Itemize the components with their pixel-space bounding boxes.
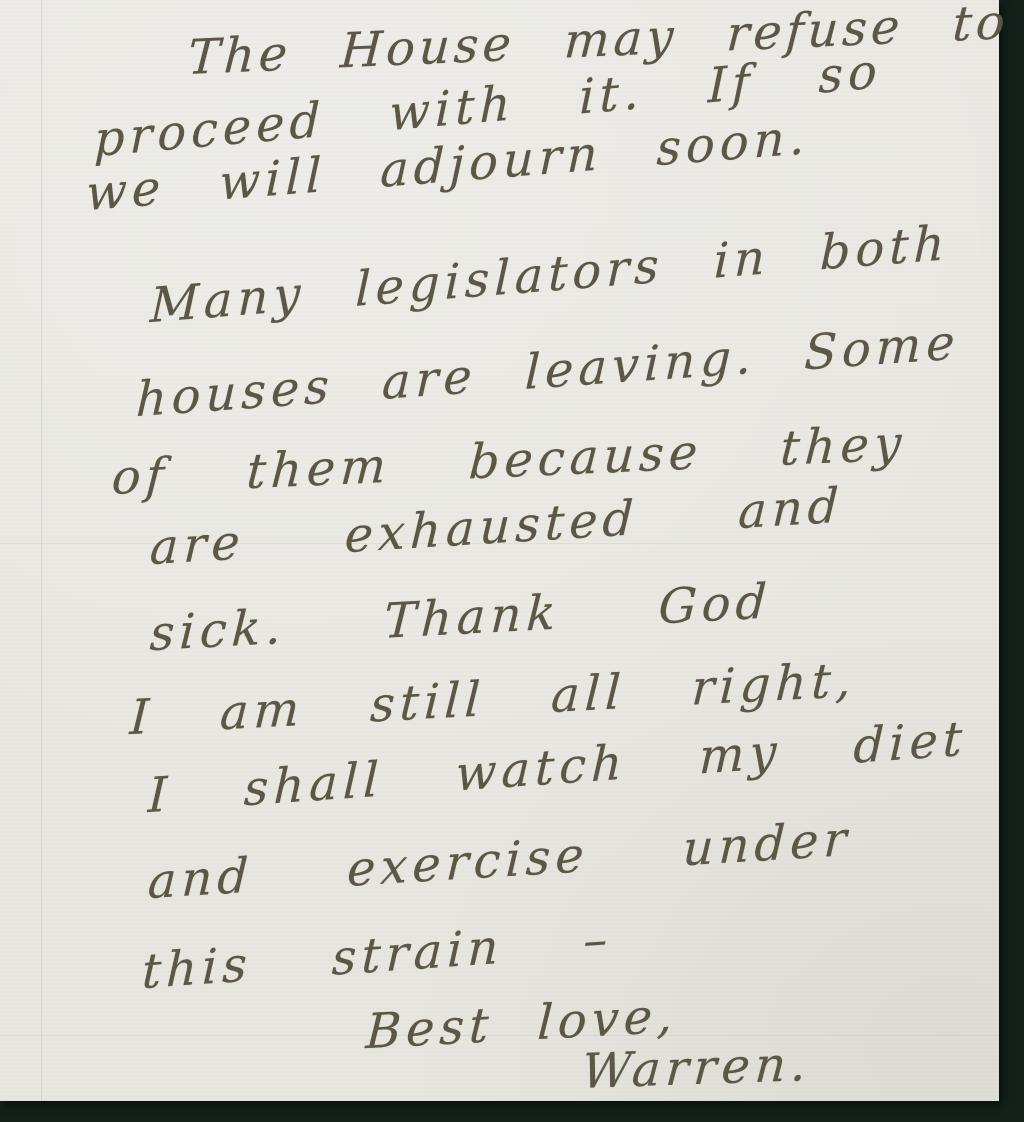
vertical-fold-line xyxy=(41,0,43,1101)
letter-line: and exercise under xyxy=(147,811,853,910)
signature-line: Warren. xyxy=(580,1036,813,1100)
letter-line: this strain – xyxy=(141,911,613,1000)
letter-line: Many legislators in both xyxy=(149,215,950,334)
letter-line: sick. Thank God xyxy=(149,573,773,662)
scan-background: The House may refuse to proceed with it.… xyxy=(0,0,1024,1122)
letter-line: houses are leaving. Some xyxy=(135,314,961,428)
letter-paper: The House may refuse to proceed with it.… xyxy=(0,0,999,1101)
